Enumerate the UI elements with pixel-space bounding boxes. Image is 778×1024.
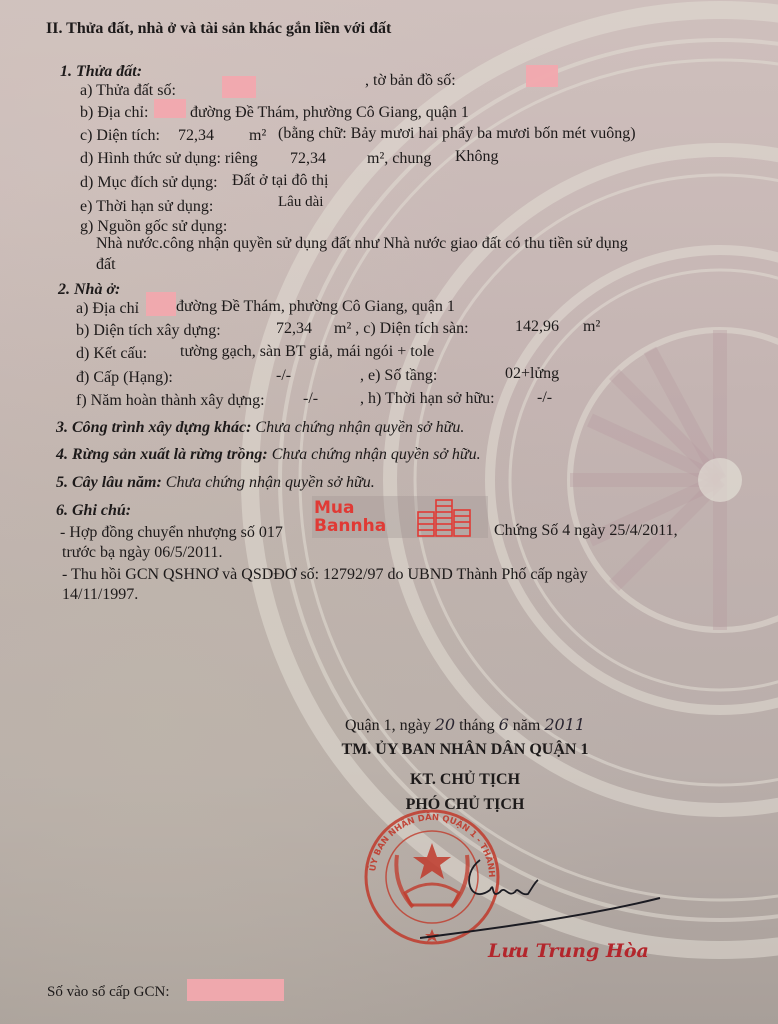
origin-value-line1: Nhà nước.công nhận quyền sử dụng đất như… [96,235,628,253]
usage-shared-value: Không [455,148,499,166]
forest-value: Chưa chứng nhận quyền sở hữu. [272,446,481,463]
parcel-no-label: a) Thửa đất số: [80,82,176,100]
issuing-org: TM. ỦY BAN NHÂN DÂN QUẬN 1 [300,741,630,759]
floors-value: 02+lửng [505,365,559,383]
land-area-unit: m² [249,127,266,145]
signer-role-1: KT. CHỦ TỊCH [330,771,600,789]
house-heading: 2. Nhà ở: [58,281,120,299]
land-area-words: (bằng chữ: Bảy mươi hai phẩy ba mươi bốn… [278,125,636,143]
signer-name: Lưu Trung Hòa [488,940,649,962]
notes-line1-tail: Chứng Số 4 ngày 25/4/2011, [494,522,678,540]
perennial-heading: 5. Cây lâu năm: [56,474,162,491]
structure-label: d) Kết cấu: [76,345,147,363]
usage-shared-label: m², chung [367,150,431,168]
floors-label: , e) Số tầng: [360,367,437,385]
handwritten-day: 20 [435,715,455,734]
handwritten-month: 6 [499,715,509,734]
redacted-land-house-no [154,99,186,118]
notes-line1: - Hợp đồng chuyển nhượng số 017 [60,524,283,542]
other-works-row: 3. Công trình xây dựng khác: Chưa chứng … [56,419,464,437]
floor-area-unit: m² [583,318,600,336]
redacted-registry-no [187,979,284,1001]
redacted-map-sheet [526,65,558,87]
notes-line3: - Thu hồi GCN QSHNƠ và QSDĐƠ số: 12792/9… [62,566,588,584]
usage-private-value: 72,34 [290,150,326,168]
perennial-row: 5. Cây lâu năm: Chưa chứng nhận quyền sở… [56,474,375,492]
term-label: e) Thời hạn sử dụng: [80,198,213,216]
built-area-value: 72,34 [276,320,312,338]
origin-label: g) Nguồn gốc sử dụng: [80,218,227,236]
house-address-label: a) Địa chỉ [76,300,139,318]
ownership-term-value: -/- [537,389,552,407]
section-title: II. Thửa đất, nhà ở và tài sản khác gắn … [46,20,391,38]
other-works-value: Chưa chứng nhận quyền sở hữu. [255,419,464,436]
redacted-parcel-no [222,76,256,98]
structure-value: tường gạch, sàn BT giả, mái ngói + tole [180,343,434,361]
built-area-unit: m² , c) Diện tích sàn: [334,320,469,338]
purpose-label: d) Mục đích sử dụng: [80,174,218,192]
grade-value: -/- [276,367,291,385]
purpose-value: Đất ở tại đô thị [232,172,328,190]
usage-form-label: d) Hình thức sử dụng: riêng [80,150,258,168]
notes-line4: 14/11/1997. [62,586,138,604]
grade-label: đ) Cấp (Hạng): [76,369,173,387]
forest-heading: 4. Rừng sản xuất là rừng trồng: [56,446,268,463]
floor-area-value: 142,96 [515,318,559,336]
built-area-label: b) Diện tích xây dựng: [76,322,221,340]
building-logo-icon [416,496,478,538]
land-area-label: c) Diện tích: [80,127,160,145]
origin-value-line2: đất [96,256,116,274]
completion-label: f) Năm hoàn thành xây dựng: [76,392,265,410]
notes-heading: 6. Ghi chú: [56,502,131,520]
land-area-value: 72,34 [178,127,214,145]
redacted-house-no [146,292,176,316]
handwritten-year: 2011 [544,715,585,734]
map-sheet-label: , tờ bản đồ số: [365,72,456,90]
ownership-term-label: , h) Thời hạn sở hữu: [360,390,495,408]
other-works-heading: 3. Công trình xây dựng khác: [56,419,251,436]
completion-value: -/- [303,390,318,408]
perennial-value: Chưa chứng nhận quyền sở hữu. [166,474,375,491]
land-address-label: b) Địa chỉ: [80,104,148,122]
registry-label: Số vào sổ cấp GCN: [47,983,170,1001]
handwritten-signature-icon [420,830,680,940]
muabannha-watermark-logo: Mua Bannha [312,496,492,540]
notes-line2: trước bạ ngày 06/5/2011. [62,544,223,562]
term-value: Lâu dài [278,193,323,211]
land-heading: 1. Thửa đất: [60,63,142,81]
forest-row: 4. Rừng sản xuất là rừng trồng: Chưa chứ… [56,446,481,464]
place-date-line: Quận 1, ngày 20 tháng 6 năm 2011 [300,715,630,735]
land-address-value: đường Đề Thám, phường Cô Giang, quận 1 [190,104,469,122]
house-address-value: đường Đề Thám, phường Cô Giang, quận 1 [176,298,455,316]
